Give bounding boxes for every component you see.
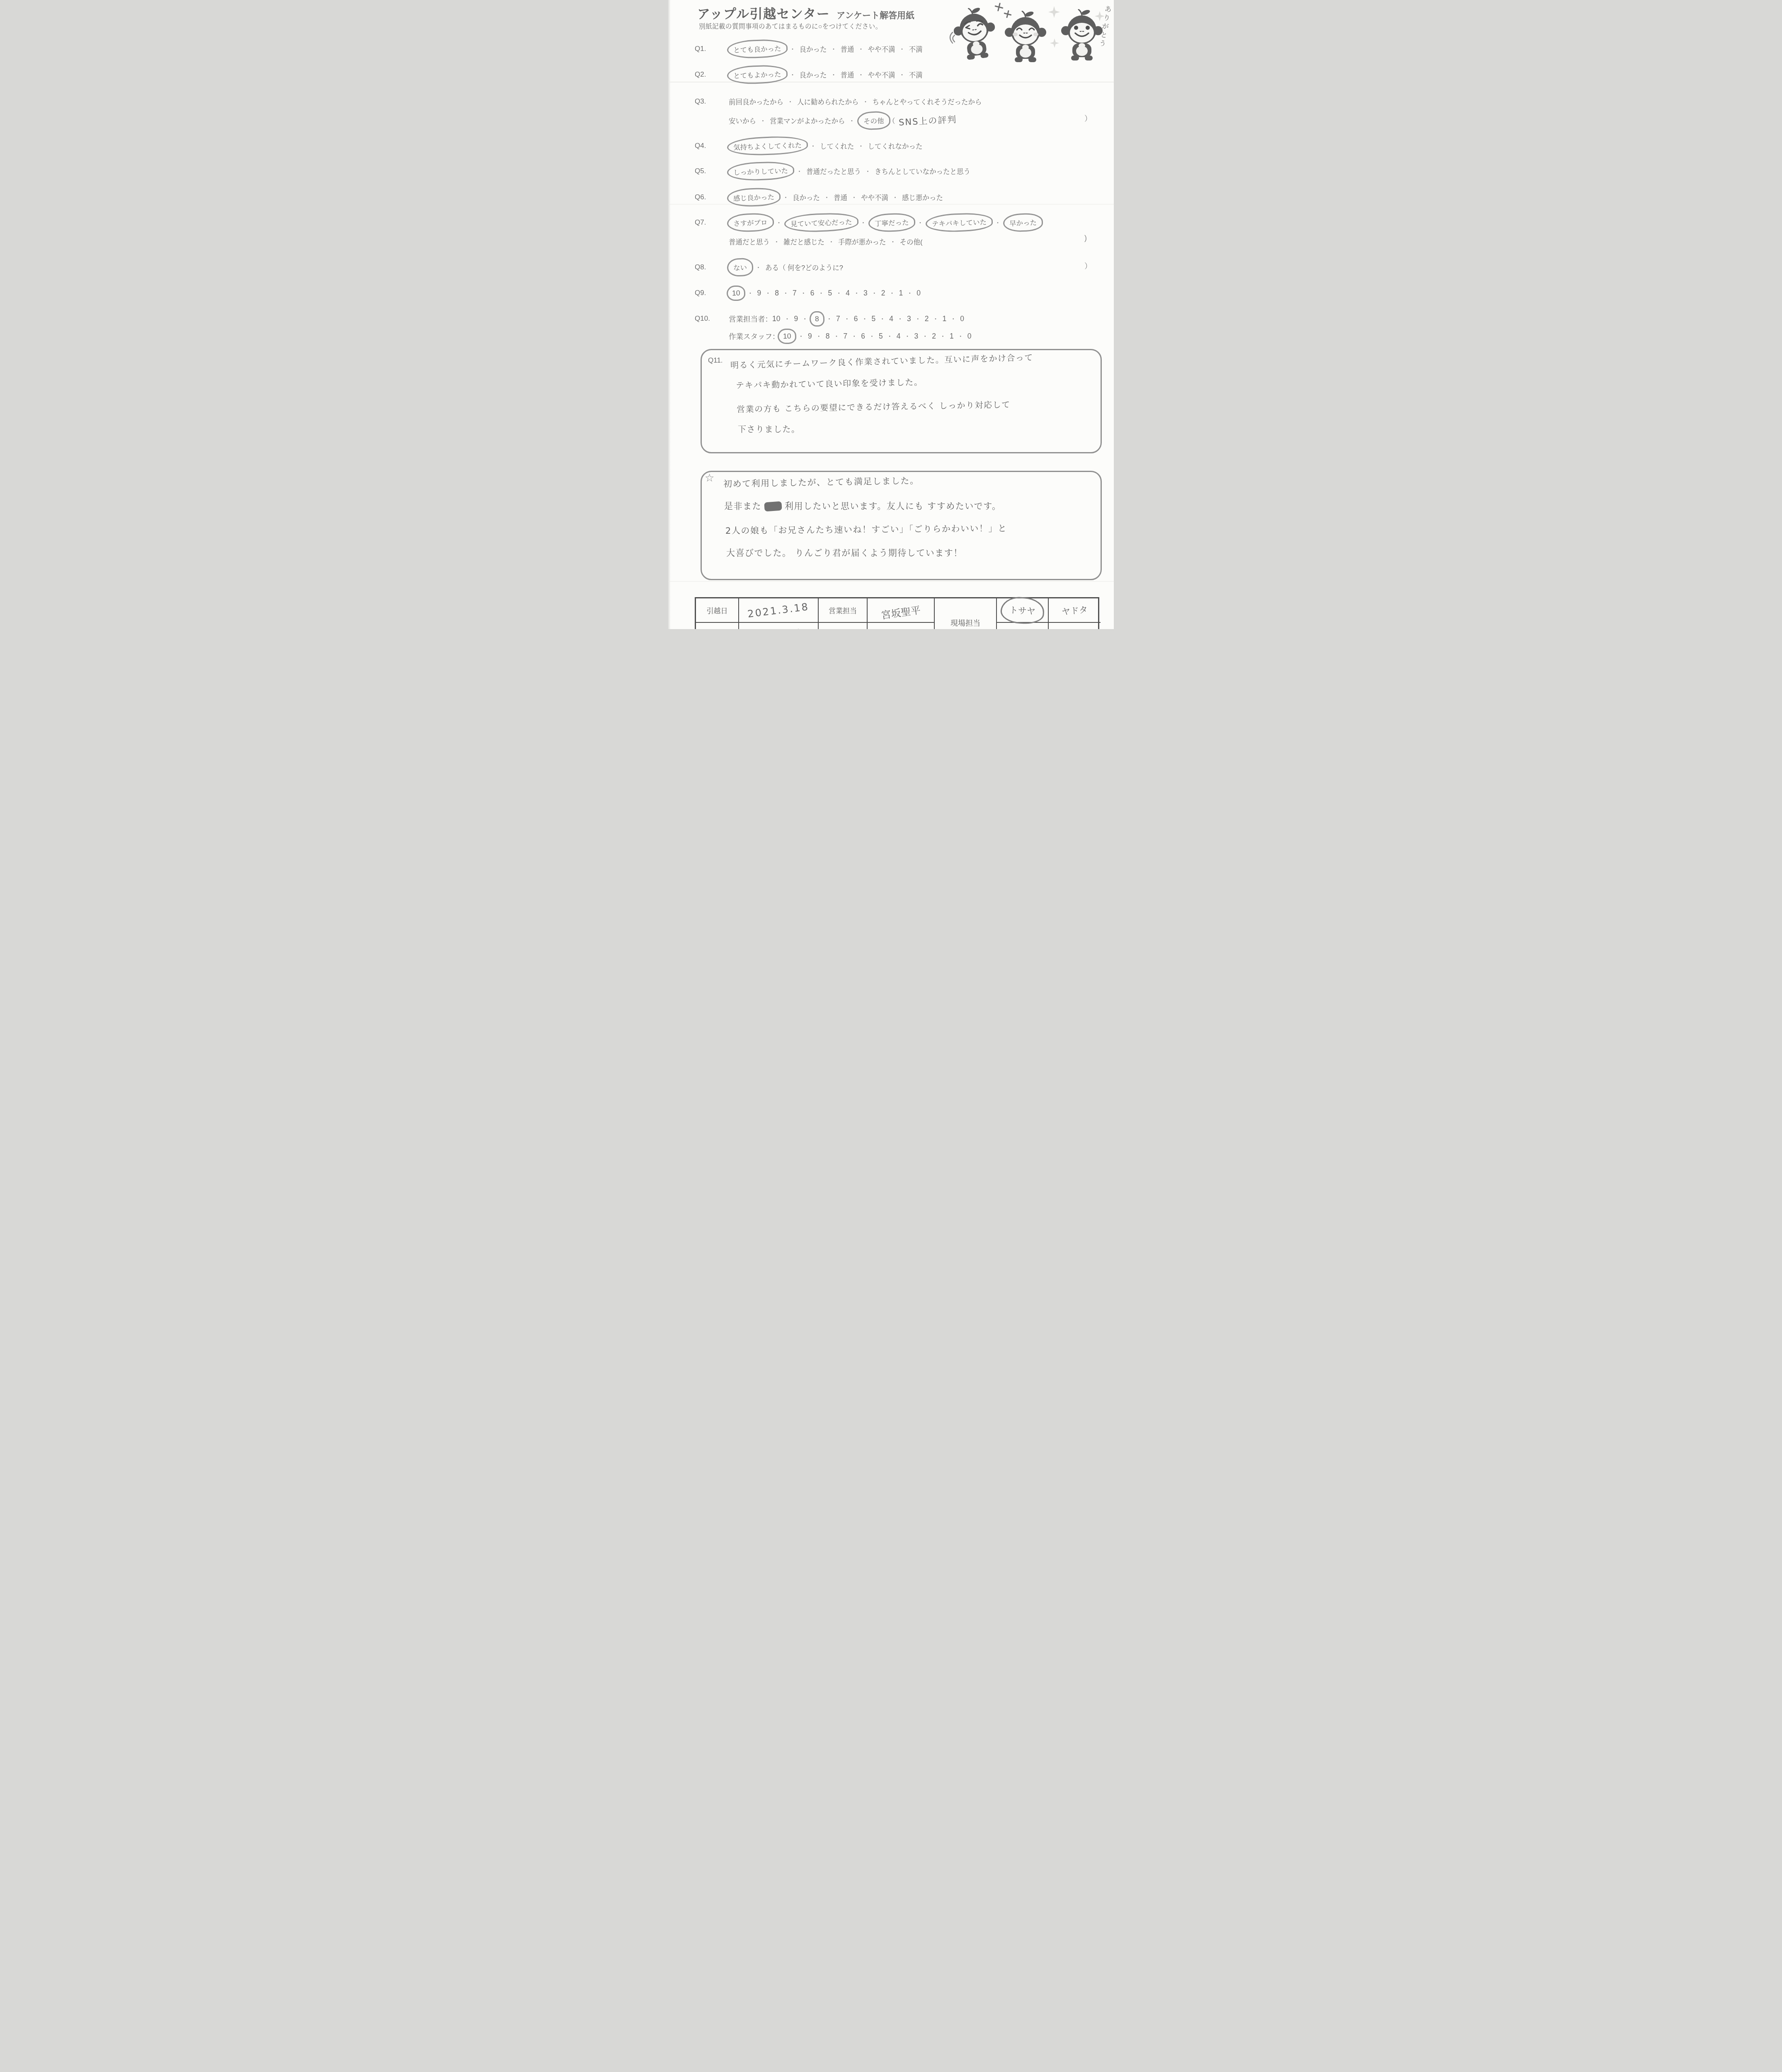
question-label: Q3. (695, 97, 729, 106)
question-q6: Q6. 感じ良かった 良かった 普通 やや不満 感じ悪かった (695, 190, 943, 204)
scale-value: 1 (936, 332, 954, 341)
close-paren: ） (1084, 113, 1092, 123)
option: 普通 (827, 70, 854, 80)
scale-value: 9 (794, 332, 812, 341)
option: ない (729, 261, 752, 274)
question-label: Q5. (695, 167, 729, 175)
handwritten-other-answer: SNS上の評判 (898, 113, 957, 128)
options: とても良かった 良かった 普通 やや不満 不満 (729, 43, 923, 55)
question-label: Q6. (695, 193, 729, 201)
crew-name-cell: マエダ (1049, 623, 1101, 629)
site-crew-label-cell: 現場担当 (935, 598, 997, 629)
option: ちゃんとやってくれそうだったから (859, 97, 982, 107)
option: 普通だったと思う (793, 166, 861, 176)
question-q10-row2: 作業スタッフ ： 10 9 8 7 6 5 4 3 2 1 0 (729, 329, 971, 343)
options: さすがプロ 見ていて安心だった 丁寧だった テキパキしていた 早かった (729, 216, 1041, 229)
move-id-label-cell: 引越ID (696, 623, 739, 629)
scale-value: 1 (885, 289, 903, 298)
option: その他 （ (845, 114, 895, 127)
scale-value: 3 (893, 315, 911, 323)
row-label: 作業スタッフ (729, 331, 772, 341)
star-outline-icon: ☆ (705, 472, 714, 484)
sales-rep-label-cell: 営業担当 (819, 598, 868, 623)
scale-value: 8 (761, 289, 779, 298)
option-circled: 早かった (1003, 213, 1043, 232)
scale-value: 9 (743, 289, 761, 298)
move-date-label-cell: 引越日 (696, 598, 739, 623)
survey-sheet: アップル引越センター アンケート解答用紙 別紙記載の質問事項のあてはまるものに○… (668, 0, 1114, 629)
question-label: Q9. (695, 289, 729, 297)
option: 人に勧められたから (783, 97, 859, 107)
question-label: Q8. (695, 263, 729, 271)
handwritten-line: 是非また利用したいと思います。友人にも すすめたいです。 (724, 499, 1001, 512)
question-label: Q10. (695, 315, 729, 323)
option: とても良かった (729, 43, 786, 55)
scale-value: 8 (798, 313, 822, 324)
scale-value: 4 (832, 289, 850, 298)
crew-name-cell: ホソカワ田 (997, 623, 1049, 629)
colon: ： (765, 314, 773, 324)
sheet-title: アンケート解答用紙 (836, 9, 914, 22)
options: ない ある（ 何を?どのように? (729, 261, 843, 274)
scale-value: 0 (903, 289, 921, 298)
option: 安いから (729, 116, 756, 126)
scale-value: 2 (918, 332, 936, 341)
handwritten-line: 下さりました。 (738, 423, 800, 435)
question-label: Q4. (695, 142, 729, 150)
option: 早かった (991, 216, 1041, 229)
option-circled: ない (727, 258, 753, 277)
sales-rep-value-cell: 宮坂聖平 (868, 598, 935, 623)
scale-value: 5 (858, 315, 875, 323)
question-q3-line1: Q3. 前回良かったから 人に勧められたから ちゃんとやってくれそうだったから (695, 94, 982, 109)
option: 不満 (895, 70, 923, 80)
scale-value: 9 (780, 315, 798, 323)
scribbled-out-word (764, 501, 782, 512)
handwritten-move-date: 2021.3.18 (747, 601, 810, 620)
branch-value-cell: 練馬 (868, 623, 935, 629)
option: してくれなかった (854, 141, 923, 151)
handwritten-branch-name: 練馬 (889, 626, 913, 629)
move-date-value-cell: 2021.3.18 (739, 598, 819, 623)
scale-value: 10 (772, 315, 780, 323)
crew-name-cell: ヤドタ (1049, 598, 1101, 623)
scale-value: 6 (840, 315, 858, 323)
option: 気持ちよくしてくれた (729, 140, 806, 152)
scale-value-circled: 10 (777, 328, 797, 344)
question-label: Q1. (695, 45, 729, 53)
question-q7-line2: 普通だと思う 雑だと感じた 手際が悪かった その他( (729, 235, 923, 249)
scale-value-circled: 8 (810, 311, 825, 327)
option: 良かった (786, 70, 827, 80)
scale-value: 6 (797, 289, 815, 298)
option: 雑だと感じた (770, 237, 824, 247)
scan-artifact-line (668, 581, 1114, 582)
option-circled: とても良かった (727, 39, 788, 59)
option-circled: 丁寧だった (868, 213, 915, 232)
handwritten-crew-name: マエダ (1059, 628, 1090, 629)
scale-value: 4 (875, 315, 893, 323)
option: やや不満 (847, 192, 888, 202)
option: 感じ悪かった (888, 192, 943, 202)
branch-label-cell: 担当支店 (819, 623, 868, 629)
rating-scale: 10 9 8 7 6 5 4 3 2 1 0 (780, 331, 972, 342)
option: 営業マンがよかったから (756, 116, 845, 126)
option-circled: さすがプロ (727, 213, 774, 232)
handwritten-crew-name: ホソカワ (999, 628, 1033, 629)
options: 前回良かったから 人に勧められたから ちゃんとやってくれそうだったから (729, 97, 982, 107)
option: 普通だと思う (729, 237, 770, 247)
close-paren: ) (1084, 234, 1087, 242)
option: きちんとしていなかったと思う (861, 166, 970, 176)
question-q9: Q9. 10 9 8 7 6 5 4 3 2 1 0 (695, 286, 921, 300)
move-id-value-cell: 830280 (739, 623, 819, 629)
brand-title: アップル引越センター (697, 3, 830, 22)
rating-scale: 10 9 8 7 6 5 4 3 2 1 0 (772, 313, 964, 324)
sparkle-icon (1048, 6, 1060, 18)
option: 感じ良かった (729, 191, 779, 203)
scale-value: 0 (954, 332, 972, 341)
option-circled: しっかりしていた (727, 161, 794, 182)
handwritten-crew-name-circled: トサヤ (1000, 596, 1045, 625)
monkey-mascot-smiling (1005, 11, 1046, 64)
option: やや不満 (854, 70, 895, 80)
scale-value: 6 (847, 332, 865, 341)
instruction-text: 別紙記載の質問事項のあてはまるものに○をつけてください。 (699, 22, 882, 31)
motion-lines-icon (947, 31, 955, 50)
header: アップル引越センター アンケート解答用紙 (697, 3, 914, 22)
option: 前回良かったから (729, 97, 783, 107)
option: 丁寧だった (856, 216, 914, 229)
option: やや不満 (854, 44, 895, 54)
crew-name-cell: トサヤ (997, 598, 1049, 623)
rating-scale: 10 9 8 7 6 5 4 3 2 1 0 (729, 288, 921, 299)
option-circled: 気持ちよくしてくれた (727, 136, 808, 157)
scale-value: 10 (780, 331, 794, 342)
option-circled: その他 (857, 111, 890, 131)
scale-value: 7 (822, 315, 840, 323)
options: 普通だと思う 雑だと感じた 手際が悪かった その他( (729, 237, 923, 247)
option-circled: 見ていて安心だった (784, 212, 858, 233)
question-label: Q7. (695, 218, 729, 227)
option-circled: 感じ良かった (727, 187, 781, 207)
option: ある（ 何を?どのように? (752, 262, 843, 272)
question-q3-line2: 安いから 営業マンがよかったから その他 （ SNS上の評判 (729, 114, 957, 128)
scale-value: 8 (812, 332, 830, 341)
option: しっかりしていた (729, 165, 793, 177)
question-q7-line1: Q7. さすがプロ 見ていて安心だった 丁寧だった テキパキしていた 早かった (695, 215, 1041, 230)
monkey-mascot-winking (951, 5, 999, 63)
handwritten-sales-name: 宮坂聖平 (880, 602, 921, 622)
option: 手際が悪かった (824, 237, 886, 247)
option: 普通 (827, 44, 854, 54)
scale-value: 3 (850, 289, 868, 298)
option: さすがプロ (729, 216, 772, 229)
close-paren: ） (1084, 260, 1092, 271)
options: 安いから 営業マンがよかったから その他 （ (729, 114, 895, 127)
options: 感じ良かった 良かった 普通 やや不満 感じ悪かった (729, 191, 943, 203)
option-circled: テキパキしていた (925, 212, 993, 233)
scale-value: 2 (868, 289, 885, 298)
question-q2: Q2. とてもよかった 良かった 普通 やや不満 不満 (695, 68, 923, 82)
question-q8: Q8. ない ある（ 何を?どのように? (695, 260, 843, 274)
scan-edge-shadow (668, 0, 671, 629)
scale-value: 7 (829, 332, 847, 341)
handwritten-move-id: 830280 (753, 627, 804, 629)
options: しっかりしていた 普通だったと思う きちんとしていなかったと思う (729, 165, 970, 177)
question-label: Q2. (695, 70, 729, 79)
question-q1: Q1. とても良かった 良かった 普通 やや不満 不満 (695, 42, 923, 56)
scale-value: 3 (900, 332, 918, 341)
option: してくれた (806, 141, 854, 151)
sparkle-icon (1050, 38, 1060, 48)
scale-value: 7 (779, 289, 797, 298)
handwritten-crew-name: ヤドタ (1061, 603, 1088, 617)
option: テキパキしていた (914, 216, 991, 229)
options: とてもよかった 良かった 普通 やや不満 不満 (729, 68, 923, 81)
scale-value: 0 (946, 315, 964, 323)
option: とてもよかった (729, 68, 786, 81)
question-q10-row1: Q10. 営業担当者 ： 10 9 8 7 6 5 4 3 2 1 0 (695, 312, 964, 326)
scale-value: 5 (865, 332, 883, 341)
handwritten-line: 2人の娘も「お兄さんたち速いね！すごい」「ごりらかわいい！」と (725, 522, 1007, 537)
option: 良かった (786, 44, 827, 54)
scale-value: 2 (911, 315, 929, 323)
question-q4: Q4. 気持ちよくしてくれた してくれた してくれなかった (695, 139, 923, 153)
option: その他( (886, 237, 923, 247)
question-label: Q11. (708, 356, 723, 365)
option: 不満 (895, 44, 923, 54)
row-label: 営業担当者 (729, 314, 765, 324)
scale-value: 1 (929, 315, 946, 323)
scale-value: 4 (883, 332, 901, 341)
options: 気持ちよくしてくれた してくれた してくれなかった (729, 140, 923, 152)
scale-value-circled: 10 (726, 285, 746, 301)
scale-value: 10 (729, 288, 743, 299)
option: 良かった (779, 192, 820, 202)
footer-info-table: 引越日 2021.3.18 営業担当 宮坂聖平 現場担当 トサヤ ヤドタ 引越I… (695, 597, 1099, 629)
option: 普通 (820, 192, 847, 202)
scale-value: 5 (814, 289, 832, 298)
question-q5: Q5. しっかりしていた 普通だったと思う きちんとしていなかったと思う (695, 164, 970, 178)
option: 見ていて安心だった (772, 216, 857, 229)
handwritten-line: 大喜びでした。 りんごり君が届くよう期待しています！ (726, 546, 963, 559)
